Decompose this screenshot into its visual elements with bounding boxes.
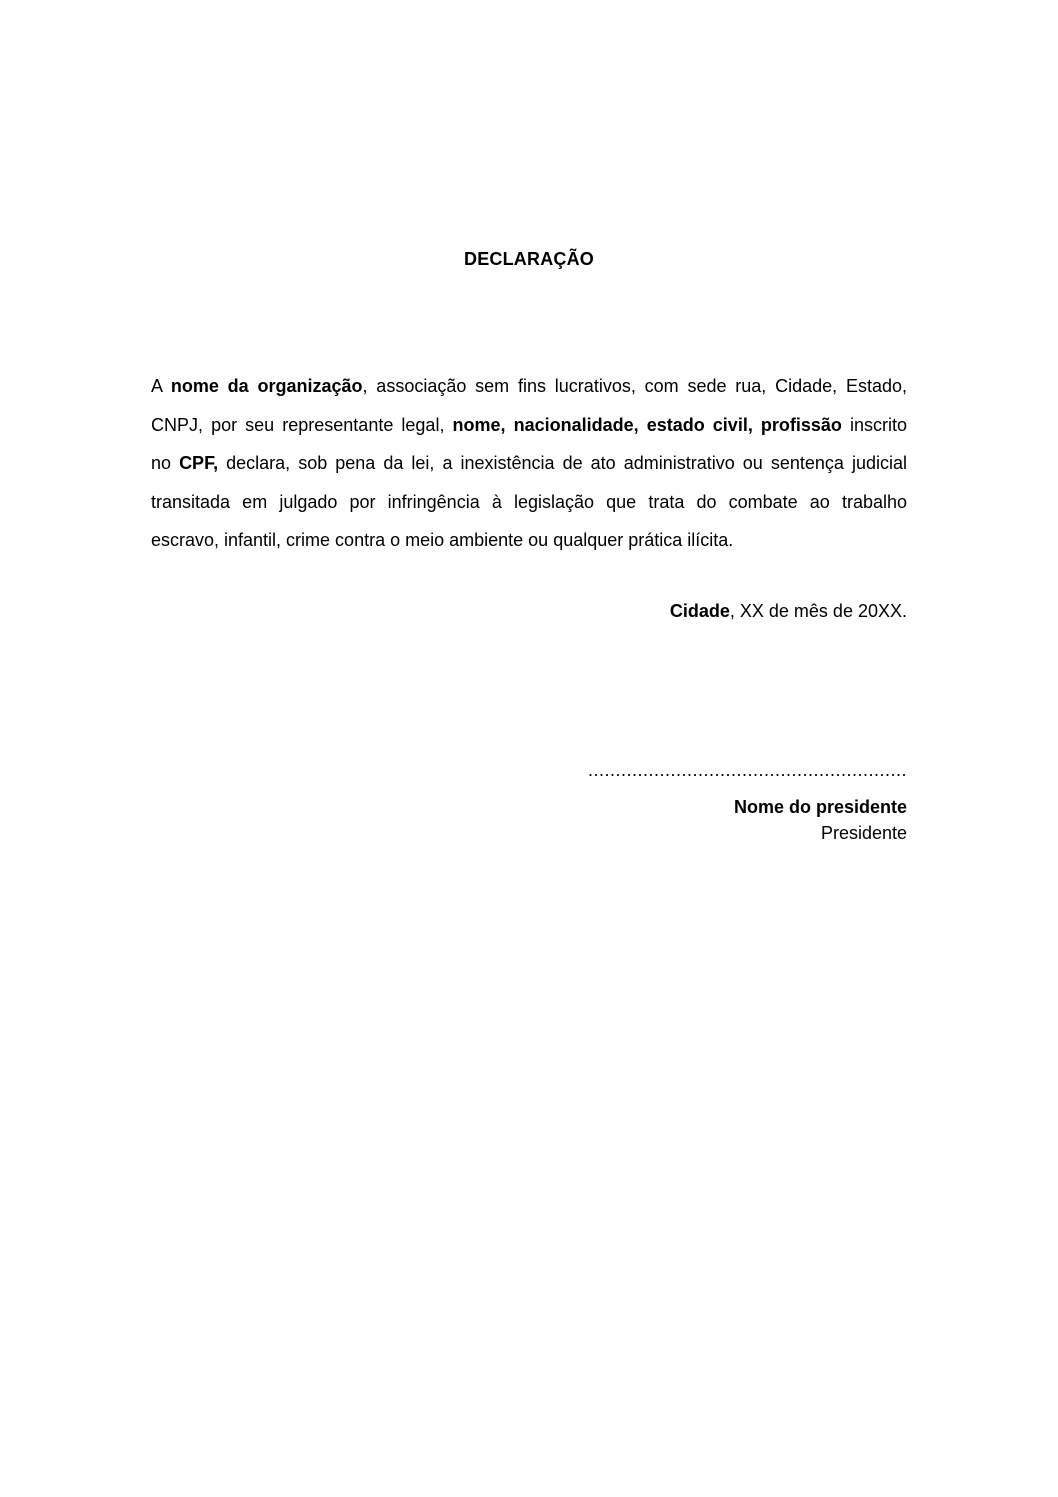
paragraph-text: inscrito — [842, 415, 907, 435]
date-line: Cidade, XX de mês de 20XX. — [670, 601, 907, 622]
paragraph-text: , associação sem fins lucrativos, com se… — [363, 376, 908, 396]
date-text: , XX de mês de 20XX. — [730, 601, 907, 621]
placeholder-field: nome da organização — [171, 376, 363, 396]
placeholder-field: nome, nacionalidade, estado civil, profi… — [453, 415, 842, 435]
signatory-name: Nome do presidente — [734, 797, 907, 818]
paragraph-text: transitada em julgado por infringência à… — [151, 492, 907, 512]
paragraph-line: no CPF, declara, sob pena da lei, a inex… — [151, 444, 907, 483]
paragraph-text: CNPJ, por seu representante legal, — [151, 415, 453, 435]
paragraph-line: CNPJ, por seu representante legal, nome,… — [151, 406, 907, 445]
document-title: DECLARAÇÃO — [0, 249, 1058, 270]
paragraph-text: A — [151, 376, 171, 396]
paragraph-text: escravo, infantil, crime contra o meio a… — [151, 530, 733, 550]
paragraph-line: transitada em julgado por infringência à… — [151, 483, 907, 522]
paragraph-line: escravo, infantil, crime contra o meio a… — [151, 521, 907, 560]
signature-line: ........................................… — [588, 760, 907, 781]
paragraph-text: declara, sob pena da lei, a inexistência… — [218, 453, 907, 473]
date-city: Cidade — [670, 601, 730, 621]
document-page: DECLARAÇÃO A nome da organização, associ… — [0, 0, 1058, 1497]
paragraph-text: no — [151, 453, 179, 473]
placeholder-field: CPF, — [179, 453, 218, 473]
paragraph-line: A nome da organização, associação sem fi… — [151, 367, 907, 406]
signatory-role: Presidente — [821, 823, 907, 844]
declaration-paragraph: A nome da organização, associação sem fi… — [151, 367, 907, 560]
